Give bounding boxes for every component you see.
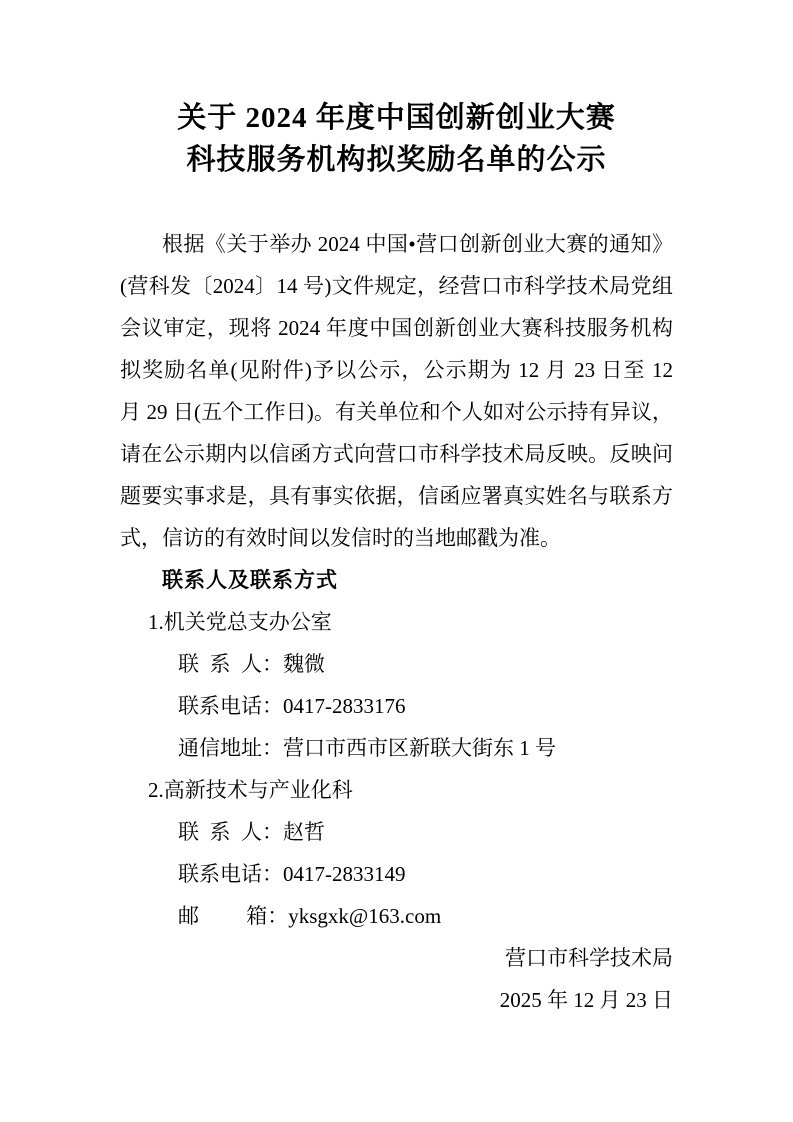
contact-group-2-email: 邮 箱：yksgxk@163.com <box>120 895 673 937</box>
contact-group-1-name: 1.机关党总支办公室 <box>120 601 673 643</box>
issuing-authority: 营口市科学技术局 <box>120 937 673 979</box>
paragraph-line-7: 题要实事求是，具有事实依据，信函应署真实姓名与联系方 <box>120 475 673 517</box>
announcement-page: 关于 2024 年度中国创新创业大赛 科技服务机构拟奖励名单的公示 根据《关于举… <box>0 0 793 1122</box>
contact-group-1-phone: 联系电话：0417-2833176 <box>120 685 673 727</box>
contact-group-2-phone: 联系电话：0417-2833149 <box>120 853 673 895</box>
issue-date: 2025 年 12 月 23 日 <box>120 979 673 1021</box>
paragraph-line-1: 根据《关于举办 2024 中国•营口创新创业大赛的通知》 <box>120 223 673 265</box>
document-title-line-2: 科技服务机构拟奖励名单的公示 <box>120 139 673 181</box>
blank-line <box>120 181 673 223</box>
contact-group-1-person: 联 系 人：魏微 <box>120 643 673 685</box>
contact-group-2-name: 2.高新技术与产业化科 <box>120 769 673 811</box>
paragraph-line-5: 月 29 日(五个工作日)。有关单位和个人如对公示持有异议， <box>120 391 673 433</box>
paragraph-line-3: 会议审定，现将 2024 年度中国创新创业大赛科技服务机构 <box>120 307 673 349</box>
paragraph-line-2: (营科发〔2024〕14 号)文件规定，经营口市科学技术局党组 <box>120 265 673 307</box>
paragraph-line-4: 拟奖励名单(见附件)予以公示，公示期为 12 月 23 日至 12 <box>120 349 673 391</box>
paragraph-line-6: 请在公示期内以信函方式向营口市科学技术局反映。反映问 <box>120 433 673 475</box>
document-title-line-1: 关于 2024 年度中国创新创业大赛 <box>120 97 673 139</box>
contact-group-2-person: 联 系 人：赵哲 <box>120 811 673 853</box>
paragraph-line-8: 式，信访的有效时间以发信时的当地邮戳为准。 <box>120 517 673 559</box>
contact-section-heading: 联系人及联系方式 <box>120 559 673 601</box>
contact-group-1-address: 通信地址：营口市西市区新联大街东 1 号 <box>120 727 673 769</box>
